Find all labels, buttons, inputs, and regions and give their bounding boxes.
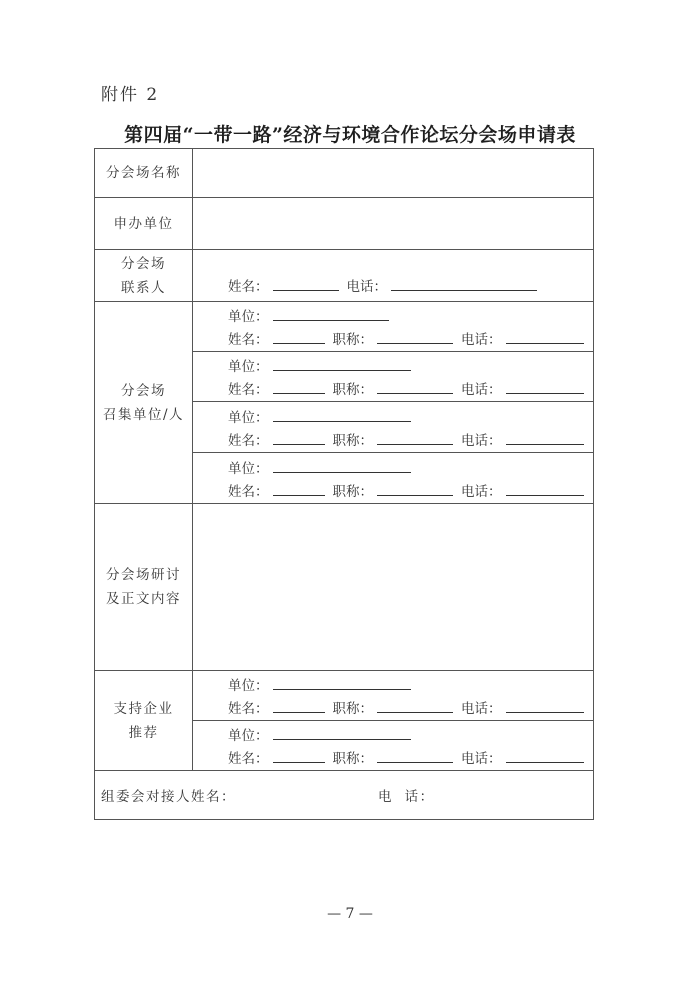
phone-label: 电话： xyxy=(461,378,502,398)
host-unit-field[interactable] xyxy=(192,198,593,249)
row-host-unit: 申办单位 xyxy=(95,198,593,250)
title-label: 职称： xyxy=(333,747,374,767)
contact-label-line2: 联系人 xyxy=(121,276,166,300)
phone-field[interactable] xyxy=(506,748,584,763)
row-venue-name: 分会场名称 xyxy=(95,149,593,198)
title-field[interactable] xyxy=(377,379,453,394)
contact-line: 姓名： 电话： xyxy=(228,275,545,295)
convener-label: 分会场 召集单位/人 xyxy=(95,302,193,503)
unit-line: 单位： xyxy=(228,674,419,694)
unit-label: 单位： xyxy=(228,355,269,375)
name-label: 姓名： xyxy=(228,697,269,717)
phone-field[interactable] xyxy=(506,329,584,344)
name-field[interactable] xyxy=(273,430,325,445)
venue-name-label: 分会场名称 xyxy=(95,149,193,197)
name-field[interactable] xyxy=(273,379,325,394)
convener-entry: 单位： 姓名： 职称： 电话： xyxy=(192,352,593,402)
name-label: 姓名： xyxy=(228,328,269,348)
content-label: 分会场研讨 及正文内容 xyxy=(95,504,193,670)
committee-line: 组委会对接人姓名： 电 话： xyxy=(95,771,593,819)
content-field[interactable] xyxy=(192,504,593,670)
content-label-line1: 分会场研讨 xyxy=(106,563,181,587)
unit-label: 单位： xyxy=(228,406,269,426)
unit-line: 单位： xyxy=(228,406,419,426)
attachment-label: 附件 2 xyxy=(101,80,159,105)
venue-name-label-text: 分会场名称 xyxy=(106,161,181,185)
unit-line: 单位： xyxy=(228,305,397,325)
phone-label: 电话： xyxy=(461,747,502,767)
contact-label-line1: 分会场 xyxy=(121,252,166,276)
unit-field[interactable] xyxy=(273,458,411,473)
person-line: 姓名： 职称： 电话： xyxy=(228,429,592,449)
phone-label: 电话： xyxy=(461,480,502,500)
person-line: 姓名： 职称： 电话： xyxy=(228,378,592,398)
application-form-table: 分会场名称 申办单位 分会场 联系人 姓名： 电话： 分会场 召集单位/人 xyxy=(94,148,594,820)
row-contact: 分会场 联系人 姓名： 电话： xyxy=(95,250,593,302)
unit-field[interactable] xyxy=(273,356,411,371)
name-label: 姓名： xyxy=(228,747,269,767)
phone-label: 电话： xyxy=(461,429,502,449)
unit-label: 单位： xyxy=(228,457,269,477)
unit-line: 单位： xyxy=(228,457,419,477)
committee-name-label: 组委会对接人姓名： xyxy=(101,785,236,805)
unit-field[interactable] xyxy=(273,306,389,321)
phone-field[interactable] xyxy=(506,379,584,394)
sponsor-label: 支持企业 推荐 xyxy=(95,671,193,770)
venue-name-field[interactable] xyxy=(192,149,593,197)
sponsor-content: 单位： 姓名： 职称： 电话： 单位： 姓名： xyxy=(192,671,593,770)
convener-entry: 单位： 姓名： 职称： 电话： xyxy=(192,302,593,352)
row-convener: 分会场 召集单位/人 单位： 姓名： 职称： 电话： xyxy=(95,302,593,504)
unit-field[interactable] xyxy=(273,675,411,690)
sponsor-label-line1: 支持企业 xyxy=(114,697,174,721)
name-label: 姓名： xyxy=(228,429,269,449)
title-field[interactable] xyxy=(377,698,453,713)
unit-field[interactable] xyxy=(273,407,411,422)
title-field[interactable] xyxy=(377,481,453,496)
title-label: 职称： xyxy=(333,378,374,398)
contact-name-field[interactable] xyxy=(273,276,339,291)
convener-entry: 单位： 姓名： 职称： 电话： xyxy=(192,453,593,504)
sponsor-label-line2: 推荐 xyxy=(129,721,159,745)
row-content: 分会场研讨 及正文内容 xyxy=(95,504,593,671)
name-field[interactable] xyxy=(273,481,325,496)
name-field[interactable] xyxy=(273,698,325,713)
row-committee: 组委会对接人姓名： 电 话： xyxy=(95,771,593,819)
convener-label-line1: 分会场 xyxy=(121,379,166,403)
title-label: 职称： xyxy=(333,480,374,500)
row-sponsor: 支持企业 推荐 单位： 姓名： 职称： 电话： xyxy=(95,671,593,771)
sponsor-entry: 单位： 姓名： 职称： 电话： xyxy=(192,721,593,771)
title-label: 职称： xyxy=(333,328,374,348)
phone-field[interactable] xyxy=(506,481,584,496)
title-label: 职称： xyxy=(333,429,374,449)
page-number: — 7 — xyxy=(0,906,700,922)
person-line: 姓名： 职称： 电话： xyxy=(228,697,592,717)
unit-line: 单位： xyxy=(228,724,419,744)
sponsor-entry: 单位： 姓名： 职称： 电话： xyxy=(192,671,593,721)
unit-label: 单位： xyxy=(228,305,269,325)
host-unit-label-text: 申办单位 xyxy=(114,212,174,236)
person-line: 姓名： 职称： 电话： xyxy=(228,480,592,500)
unit-label: 单位： xyxy=(228,724,269,744)
contact-label: 分会场 联系人 xyxy=(95,250,193,301)
host-unit-label: 申办单位 xyxy=(95,198,193,249)
phone-label: 电话： xyxy=(461,328,502,348)
phone-field[interactable] xyxy=(506,698,584,713)
contact-name-label: 姓名： xyxy=(228,275,269,295)
contact-phone-label: 电话： xyxy=(347,275,388,295)
person-line: 姓名： 职称： 电话： xyxy=(228,747,592,767)
convener-label-line2: 召集单位/人 xyxy=(103,403,184,427)
committee-phone-label: 电 话： xyxy=(378,785,435,805)
name-label: 姓名： xyxy=(228,480,269,500)
phone-field[interactable] xyxy=(506,430,584,445)
convener-entry: 单位： 姓名： 职称： 电话： xyxy=(192,402,593,453)
unit-label: 单位： xyxy=(228,674,269,694)
name-field[interactable] xyxy=(273,329,325,344)
content-label-line2: 及正文内容 xyxy=(106,587,181,611)
convener-content: 单位： 姓名： 职称： 电话： 单位： 姓名： xyxy=(192,302,593,503)
contact-phone-field[interactable] xyxy=(391,276,537,291)
form-title: 第四届“一带一路”经济与环境合作论坛分会场申请表 xyxy=(0,120,700,147)
title-field[interactable] xyxy=(377,430,453,445)
title-label: 职称： xyxy=(333,697,374,717)
name-field[interactable] xyxy=(273,748,325,763)
person-line: 姓名： 职称： 电话： xyxy=(228,328,592,348)
unit-line: 单位： xyxy=(228,355,419,375)
title-field[interactable] xyxy=(377,329,453,344)
contact-content: 姓名： 电话： xyxy=(192,250,593,301)
unit-field[interactable] xyxy=(273,725,411,740)
title-field[interactable] xyxy=(377,748,453,763)
name-label: 姓名： xyxy=(228,378,269,398)
phone-label: 电话： xyxy=(461,697,502,717)
